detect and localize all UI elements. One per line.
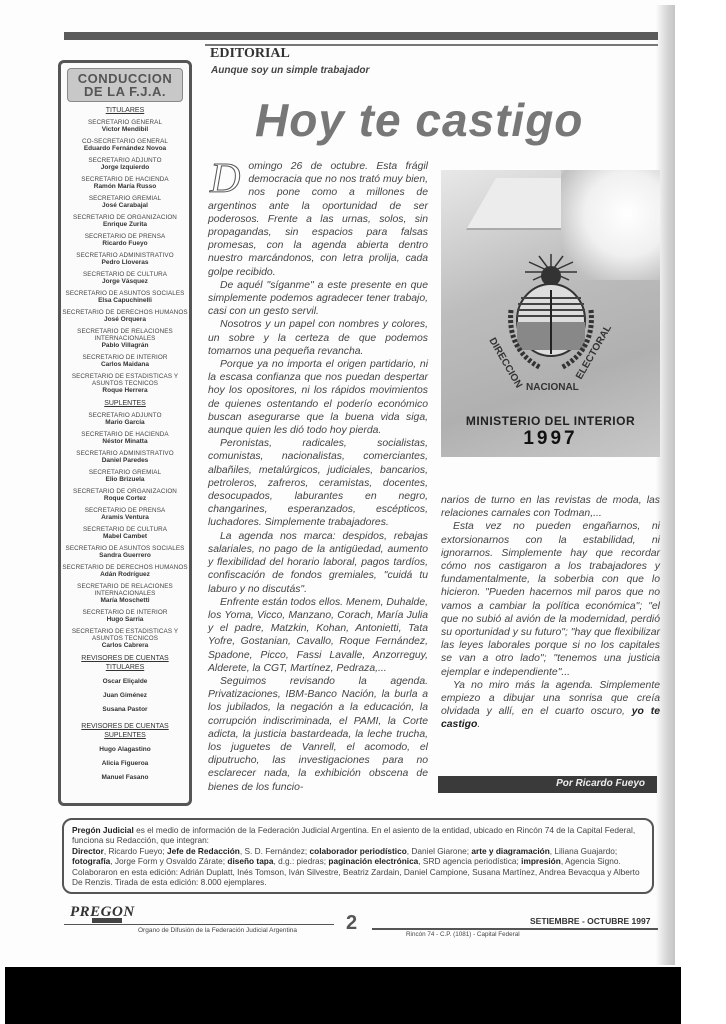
role-title: SECRETARIO DE ORGANIZACION [61, 214, 189, 221]
credit-label: colaborador periodístico [310, 846, 407, 856]
credit-label: impresión [521, 856, 561, 866]
role-title: SECRETARIO DE CULTURA [61, 526, 189, 533]
paragraph: Seguimos revisando la agenda. Privatizac… [208, 675, 428, 794]
credits-intro: es el medio de información de la Federac… [72, 825, 635, 845]
credit-value: , d.g.: piedras; [274, 856, 329, 866]
member-name: Elio Brizuela [61, 476, 189, 484]
role-title: SECRETARIO DE ESTADISTICAS Y ASUNTOS TEC… [61, 373, 189, 387]
role-title: SECRETARIO DE INTERIOR [61, 609, 189, 616]
byline: Por Ricardo Fueyo [556, 778, 645, 789]
page-edge-shadow [655, 5, 675, 965]
revisores-titulares-heading: REVISORES DE CUENTAS TITULARES [61, 654, 189, 672]
member-name: Mabel Cambet [61, 533, 189, 541]
top-rule [64, 32, 658, 40]
titulares-list: SECRETARIO GENERALVictor MendibilCO-SECR… [61, 119, 189, 395]
role-title: SECRETARIO ADJUNTO [61, 412, 189, 419]
revisores-sublabel: TITULARES [61, 663, 189, 672]
member-name: Pedro Lloveras [61, 259, 189, 267]
member-name: José Carabajal [61, 202, 189, 210]
role-title: SECRETARIO DE ASUNTOS SOCIALES [61, 290, 189, 297]
member-name: Roque Cortez [61, 495, 189, 503]
member-name: Ricardo Fueyo [61, 240, 189, 248]
footer-rule-left [64, 924, 334, 925]
sidebar-title: CONDUCCION DE LA F.J.A. [67, 68, 183, 102]
member-name: Alicia Figueroa [61, 760, 189, 768]
year-label: 1997 [441, 428, 660, 450]
issue-date: SETIEMBRE - OCTUBRE 1997 [530, 916, 650, 926]
member-name: Ramón María Russo [61, 183, 189, 191]
newspaper-page: CONDUCCION DE LA F.J.A. TITULARES SECRET… [0, 0, 726, 965]
role-title: SECRETARIO GREMIAL [61, 469, 189, 476]
paragraph-end: . [477, 719, 480, 730]
subtitle: Aunque soy un simple trabajador [211, 65, 369, 76]
role-title: SECRETARIO DE ASUNTOS SOCIALES [61, 545, 189, 552]
revisores-suplentes-heading: REVISORES DE CUENTAS SUPLENTES [61, 722, 189, 740]
paragraph: Enfrente están todos ellos. Menem, Duhal… [208, 596, 428, 675]
paragraph: Nosotros y un papel con nombres y colore… [208, 318, 428, 358]
role-title: SECRETARIO DE PRENSA [61, 507, 189, 514]
revisores-label: REVISORES DE CUENTAS [61, 654, 189, 663]
role-title: SECRETARIO GREMIAL [61, 195, 189, 202]
credit-label: diseño tapa [227, 856, 273, 866]
scan-margin [675, 0, 726, 1024]
paragraph: De aquél "síganme" a este presente en qu… [208, 279, 428, 319]
paragraph-text: Ya no miro más la agenda. Simplemente em… [441, 680, 660, 717]
svg-text:NACIONAL: NACIONAL [526, 382, 579, 393]
role-title: SECRETARIO DE INTERIOR [61, 354, 189, 361]
role-title: SECRETARIO DE ORGANIZACION [61, 488, 189, 495]
credit-value: , S. D. Fernández; [240, 846, 310, 856]
credit-value: , Jorge Form y Osvaldo Zárate; [110, 856, 227, 866]
member-name: Carlos Cabrera [61, 642, 189, 650]
paragraph: Esta vez no pueden engañarnos, ni extors… [441, 520, 660, 678]
member-name: Adán Rodríguez [61, 571, 189, 579]
publication-name: Pregón Judicial [72, 825, 134, 835]
credit-label: Jefe de Redacción [167, 846, 240, 856]
member-name: Mario García [61, 419, 189, 427]
member-name: Hugo Sarria [61, 616, 189, 624]
member-name: Juan Giménez [61, 692, 189, 700]
byline-bar: Por Ricardo Fueyo [438, 776, 657, 793]
credit-value: , Agencia Signo. [561, 856, 621, 866]
national-coat-of-arms-icon: DIRECCION NACIONAL ELECTORAL [481, 250, 621, 400]
member-name: María Moschetti [61, 597, 189, 605]
paragraph: La agenda nos marca: despidos, rebajas s… [208, 530, 428, 596]
article-column-2: narios de turno en las revistas de moda,… [441, 494, 660, 732]
role-title: SECRETARIO DE CULTURA [61, 271, 189, 278]
sidebar-title-line2: DE LA F.J.A. [68, 85, 182, 98]
member-name: Jorge Vásquez [61, 278, 189, 286]
member-name: Sandra Guerrero [61, 552, 189, 560]
member-name: Oscar Eliçalde [61, 678, 189, 686]
revisores-suplentes-list: Hugo AlagastinoAlicia FigueroaManuel Fas… [61, 746, 189, 782]
logo-subbar [92, 918, 122, 923]
member-name: Hugo Alagastino [61, 746, 189, 754]
credit-label: Director [72, 846, 104, 856]
revisores-sublabel: SUPLENTES [61, 731, 189, 740]
paragraph: narios de turno en las revistas de moda,… [441, 494, 660, 520]
page-number: 2 [346, 912, 357, 935]
role-title: SECRETARIO ADJUNTO [61, 157, 189, 164]
role-title: SECRETARIO DE HACIENDA [61, 431, 189, 438]
drop-cap: D [208, 162, 242, 196]
role-title: SECRETARIO ADMINISTRATIVO [61, 450, 189, 457]
member-name: Jorge Izquierdo [61, 164, 189, 172]
role-title: CO-SECRETARIO GENERAL [61, 138, 189, 145]
article-column-1: Domingo 26 de octubre. Esta frágil democ… [208, 160, 428, 794]
role-title: SECRETARIO DE DERECHOS HUMANOS [61, 309, 189, 316]
role-title: SECRETARIO DE HACIENDA [61, 176, 189, 183]
revisores-label: REVISORES DE CUENTAS [61, 722, 189, 731]
member-name: José Orquera [61, 316, 189, 324]
revisores-titulares-list: Oscar EliçaldeJuan GiménezSusana Pastor [61, 678, 189, 714]
paragraph: Peronistas, radicales, socialistas, comu… [208, 437, 428, 529]
credit-label: arte y diagramación [471, 846, 549, 856]
paragraph: Ya no miro más la agenda. Simplemente em… [441, 679, 660, 732]
member-name: Susana Pastor [61, 706, 189, 714]
role-title: SECRETARIO DE PRENSA [61, 233, 189, 240]
ballot-box-photo: DIRECCION NACIONAL ELECTORAL MINISTERIO … [441, 170, 660, 457]
credit-label: fotografía [72, 856, 110, 866]
role-title: SECRETARIO DE RELACIONES INTERNACIONALES [61, 583, 189, 597]
member-name: Roque Herrera [61, 387, 189, 395]
role-title: SECRETARIO DE RELACIONES INTERNACIONALES [61, 328, 189, 342]
credit-value: , Ricardo Fueyo; [104, 846, 167, 856]
credit-label: paginación electrónica [328, 856, 418, 866]
credits-box: Pregón Judicial es el medio de informaci… [62, 818, 654, 894]
role-title: SECRETARIO DE ESTADISTICAS Y ASUNTOS TEC… [61, 628, 189, 642]
contributors: Colaboraron en esta edición: Adrián Dupl… [72, 867, 640, 887]
member-name: Eduardo Fernández Novoa [61, 145, 189, 153]
role-title: SECRETARIO ADMINISTRATIVO [61, 252, 189, 259]
credit-value: , Daniel Giarone; [407, 846, 472, 856]
member-name: Victor Mendibil [61, 126, 189, 134]
member-name: Pablo Villagrán [61, 342, 189, 350]
member-name: Manuel Fasano [61, 774, 189, 782]
suplentes-list: SECRETARIO ADJUNTOMario GarcíaSECRETARIO… [61, 412, 189, 650]
credit-value: , SRD agencia periodística; [418, 856, 521, 866]
credit-value: , Liliana Guajardo; [550, 846, 617, 856]
member-name: Néstor Minatta [61, 438, 189, 446]
member-name: Aramis Ventura [61, 514, 189, 522]
section-label: EDITORIAL [210, 46, 290, 62]
role-title: SECRETARIO GENERAL [61, 119, 189, 126]
paragraph: Porque ya no importa el origen partidari… [208, 358, 428, 437]
footer-rule-right [372, 928, 658, 930]
leadership-sidebar: CONDUCCION DE LA F.J.A. TITULARES SECRET… [58, 60, 192, 806]
member-name: Carlos Maidana [61, 361, 189, 369]
paragraph: Domingo 26 de octubre. Esta frágil democ… [208, 160, 428, 279]
member-name: Daniel Paredes [61, 457, 189, 465]
role-title: SECRETARIO DE DERECHOS HUMANOS [61, 564, 189, 571]
footer-address: Rincón 74 - C.P. (1081) - Capital Federa… [406, 931, 520, 938]
member-name: Enrique Zurita [61, 221, 189, 229]
headline: Hoy te castigo [255, 92, 583, 148]
suplentes-heading: SUPLENTES [61, 399, 189, 408]
scan-black-border [5, 967, 681, 1024]
member-name: Elsa Capuchinelli [61, 297, 189, 305]
ministry-label: MINISTERIO DEL INTERIOR [441, 414, 660, 428]
footer-org: Organo de Difusión de la Federación Judi… [138, 927, 297, 934]
titulares-heading: TITULARES [61, 106, 189, 115]
